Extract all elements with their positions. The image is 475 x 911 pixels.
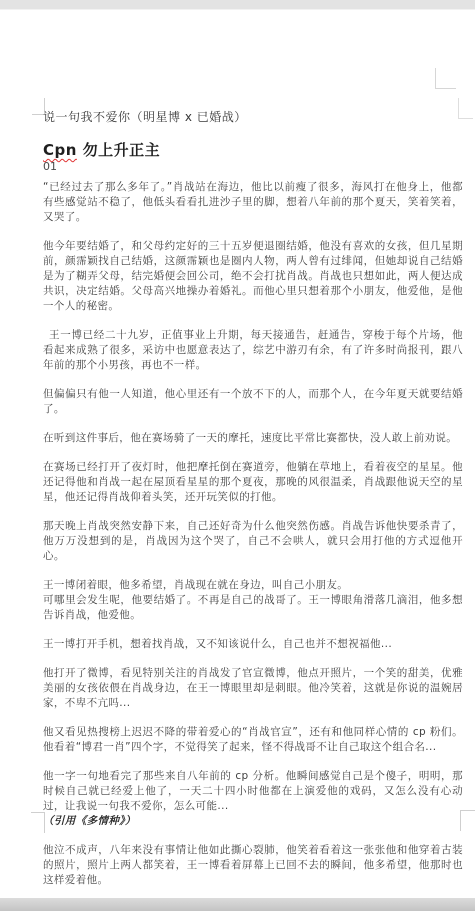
paragraph: 王一博闭着眼，他多希望，肖战现在就在身边，叫自己小朋友。	[43, 578, 463, 593]
heading-rest: 勿上升正主	[83, 141, 161, 159]
paragraph: 可哪里会发生呢，他要结婚了。不再是自己的战哥了。王一博眼角滑落几滴泪，他多想告诉…	[43, 593, 463, 623]
paragraph: 他又看见热搜榜上迟迟不降的带着爱心的“肖战官宣”，还有和他同样心情的 cp 粉们…	[43, 725, 463, 755]
paragraph: 在赛场已经打开了夜灯时，他把摩托倒在赛道旁，他躺在草地上，看着夜空的星星。他还记…	[43, 460, 463, 505]
paragraph: 在听到这件事后，他在赛场骑了一天的摩托，速度比平常比赛都快，没人敢上前劝说。	[43, 431, 463, 446]
document-page: 说一句我不爱你（明星博 x 已婚战） Cpn 勿上升正主 01 “已经过去了那么…	[43, 110, 463, 902]
margin-mark-top-right	[435, 68, 456, 89]
app-top-edge	[0, 0, 475, 10]
paragraph: 那天晚上肖战突然安静下来，自己还好奇为什么他突然伤感。肖战告诉他快要杀青了，他万…	[43, 519, 463, 564]
paragraph: 他打开了微博，看见特别关注的肖战发了官宣微博，他点开照片，一个笑的甜美，优雅美丽…	[43, 666, 463, 711]
citation-line: （引用《多情种》）	[43, 814, 463, 829]
paragraph: “已经过去了那么多年了。”肖战站在海边，他比以前瘦了很多，海风打在他身上，他都有…	[43, 180, 463, 225]
paragraph: 他今年要结婚了，和父母约定好的三十五岁便退圈结婚，他没有喜欢的女孩，但几星期前，…	[43, 239, 463, 314]
paragraph: 王一博打开手机，想着找肖战，又不知该说什么，自己也并不想祝福他...	[43, 637, 463, 652]
paragraph: 他泣不成声，八年来没有事情让他如此撕心裂肺，他笑着看着这一张张他和他穿着古装的照…	[43, 843, 463, 888]
section-heading: Cpn 勿上升正主	[43, 141, 463, 159]
paragraph: 但偏偏只有他一人知道，他心里还有一个放不下的人，而那个人，在今年夏天就要结婚了。	[43, 387, 463, 417]
paragraph: 王一博已经二十九岁，正值事业上升期，每天接通告，赶通告，穿梭于每个片场，他看起来…	[43, 328, 463, 373]
chapter-number: 01	[43, 160, 463, 174]
document-title: 说一句我不爱你（明星博 x 已婚战）	[43, 110, 463, 125]
app-window: { "document": { "title": "说一句我不爱你（明星博 x …	[0, 0, 475, 911]
app-bottom-edge	[0, 898, 475, 911]
heading-prefix-spellchecked: Cpn	[43, 141, 77, 159]
paragraph: 他一字一句地看完了那些来自八年前的 cp 分析。他瞬间感觉自己是个傻子，明明，那…	[43, 769, 463, 814]
